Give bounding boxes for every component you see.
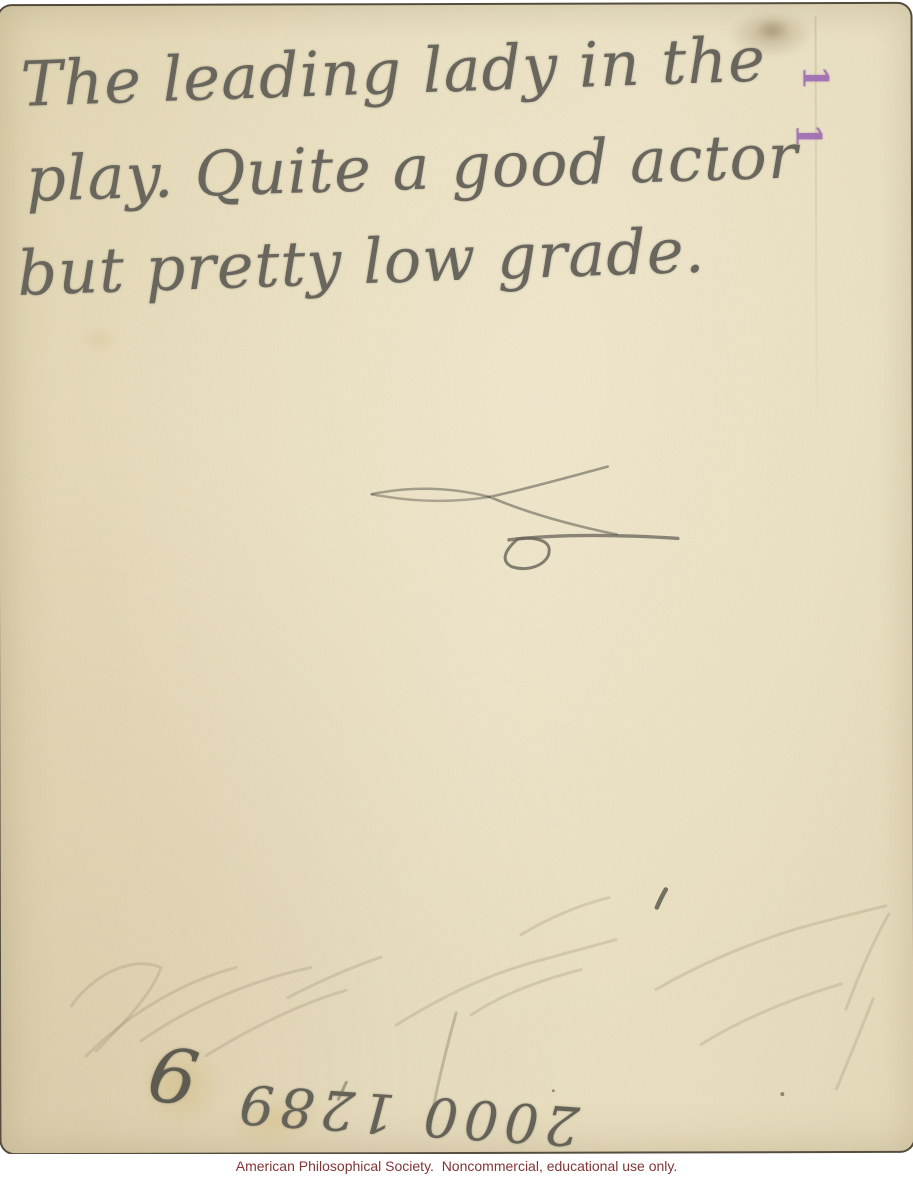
stamp-digit-1: 1 (797, 65, 832, 89)
stain-mid-left (79, 326, 119, 354)
handwriting-line-1: The leading lady in the (20, 23, 767, 121)
stamp-digit-2: 1 (790, 123, 825, 147)
handwriting-line-3: but pretty low grade. (16, 214, 706, 310)
footer-credit: American Philosophical Society. Noncomme… (0, 1154, 913, 1180)
handwriting-line-2: play. Quite a good actor (25, 119, 799, 216)
apostrophe-mark (657, 889, 666, 907)
paper: The leading lady in the play. Quite a go… (0, 2, 913, 1155)
scanned-document-page: The leading lady in the play. Quite a go… (0, 0, 913, 1180)
pencil-flourish (372, 466, 678, 569)
specks (552, 1089, 784, 1097)
